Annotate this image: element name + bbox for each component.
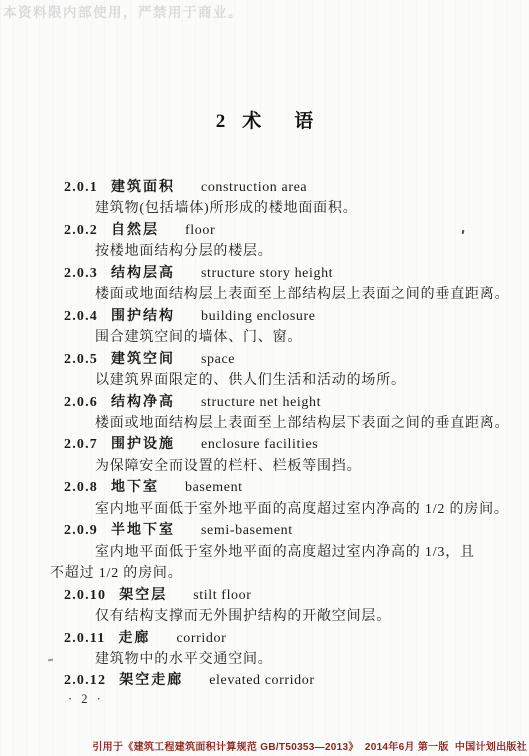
title-char-1: 术 [242,111,261,132]
term-number: 2.0.5 [64,352,98,367]
term-entry: 2.0.3结构层高structure story height 楼面或地面结构层… [50,263,480,306]
term-english: stilt floor [193,588,251,603]
term-heading: 2.0.8地下室basement [64,477,480,498]
term-heading: 2.0.12架空走廊elevated corridor [64,670,480,691]
term-english: structure net height [201,395,321,410]
term-english: basement [185,480,243,495]
title-char-2: 语 [294,111,313,132]
term-definition: 为保障安全而设置的栏杆、栏板等围挡。 [95,456,480,477]
term-number: 2.0.8 [64,480,98,495]
term-heading: 2.0.3结构层高structure story height [64,263,480,284]
term-number: 2.0.4 [64,309,98,324]
term-english: space [201,352,235,367]
term-heading: 2.0.10架空层stilt floor [64,585,480,606]
citation-footer: 引用于《建筑工程建筑面积计算规范 GB/T50353—2013》 2014年6月… [92,738,527,753]
term-chinese: 建筑空间 [111,352,175,367]
terms-list: 2.0.1建筑面积construction area 建筑物(包括墙体)所形成的… [50,177,480,692]
term-chinese: 架空走廊 [119,673,183,688]
term-entry: 2.0.12架空走廊elevated corridor [50,670,480,691]
term-definition: 楼面或地面结构层上表面至上部结构层下表面之间的垂直距离。 [95,413,480,434]
term-english: building enclosure [201,309,316,324]
term-entry: 2.0.7围护设施enclosure facilities 为保障安全而设置的栏… [50,434,480,477]
page-title: 2术语 [0,106,529,133]
term-number: 2.0.10 [64,588,106,603]
term-chinese: 建筑面积 [111,180,175,195]
term-definition: 按楼地面结构分层的楼层。 [95,241,480,262]
term-chinese: 自然层 [111,223,159,238]
term-english: semi-basement [201,523,293,538]
term-entry: 2.0.10架空层stilt floor 仅有结构支撑而无外围护结构的开敞空间层… [50,585,480,628]
term-definition: 建筑物中的水平交通空间。 [95,649,480,670]
term-number: 2.0.11 [64,631,105,646]
term-definition: 围合建筑空间的墙体、门、窗。 [95,327,480,348]
term-chinese: 地下室 [111,480,159,495]
confidential-watermark: 本资料限内部使用，严禁用于商业。 [3,1,243,21]
term-english: elevated corridor [209,673,314,688]
term-heading: 2.0.9半地下室semi-basement [64,520,480,541]
term-number: 2.0.12 [64,673,106,688]
term-entry: 2.0.2自然层floor 按楼地面结构分层的楼层。 [50,220,480,263]
term-definition: 室内地平面低于室外地平面的高度超过室内净高的 1/3，且 [95,542,480,563]
term-definition: 以建筑界面限定的、供人们生活和活动的场所。 [95,370,480,391]
term-heading: 2.0.11走廊corridor [64,628,480,649]
page-number: · 2 · [68,692,104,707]
term-english: structure story height [201,266,333,281]
term-english: enclosure facilities [201,437,318,452]
term-entry: 2.0.9半地下室semi-basement 室内地平面低于室外地平面的高度超过… [50,520,480,584]
term-chinese: 围护设施 [111,437,175,452]
term-english: corridor [176,631,226,646]
term-entry: 2.0.8地下室basement 室内地平面低于室外地平面的高度超过室内净高的 … [50,477,480,520]
term-chinese: 半地下室 [111,523,175,538]
term-number: 2.0.7 [64,437,98,452]
term-heading: 2.0.4围护结构building enclosure [64,306,480,327]
term-heading: 2.0.7围护设施enclosure facilities [64,434,480,455]
term-entry: 2.0.1建筑面积construction area 建筑物(包括墙体)所形成的… [50,177,480,220]
term-number: 2.0.2 [64,223,98,238]
term-number: 2.0.1 [64,180,98,195]
term-heading: 2.0.6结构净高structure net height [64,392,480,413]
term-entry: 2.0.5建筑空间space 以建筑界面限定的、供人们生活和活动的场所。 [50,349,480,392]
term-chinese: 结构净高 [111,395,175,410]
term-entry: 2.0.4围护结构building enclosure 围合建筑空间的墙体、门、… [50,306,480,349]
term-definition: 室内地平面低于室外地平面的高度超过室内净高的 1/2 的房间。 [95,499,480,520]
section-number: 2 [216,111,226,132]
term-heading: 2.0.1建筑面积construction area [64,177,480,198]
term-number: 2.0.3 [64,266,98,281]
term-definition-continued: 不超过 1/2 的房间。 [50,563,480,584]
term-definition: 楼面或地面结构层上表面至上部结构层上表面之间的垂直距离。 [95,284,480,305]
term-heading: 2.0.5建筑空间space [64,349,480,370]
term-definition: 仅有结构支撑而无外围护结构的开敞空间层。 [95,606,480,627]
term-heading: 2.0.2自然层floor [64,220,480,241]
term-chinese: 架空层 [119,588,167,603]
term-number: 2.0.9 [64,523,98,538]
term-definition: 建筑物(包括墙体)所形成的楼地面面积。 [95,198,480,219]
term-chinese: 结构层高 [111,266,175,281]
term-entry: 2.0.6结构净高structure net height 楼面或地面结构层上表… [50,392,480,435]
term-english: floor [185,223,215,238]
term-english: construction area [201,180,307,195]
term-chinese: 走廊 [118,631,150,646]
term-entry: 2.0.11走廊corridor 建筑物中的水平交通空间。 [50,628,480,671]
term-number: 2.0.6 [64,395,98,410]
term-chinese: 围护结构 [111,309,175,324]
